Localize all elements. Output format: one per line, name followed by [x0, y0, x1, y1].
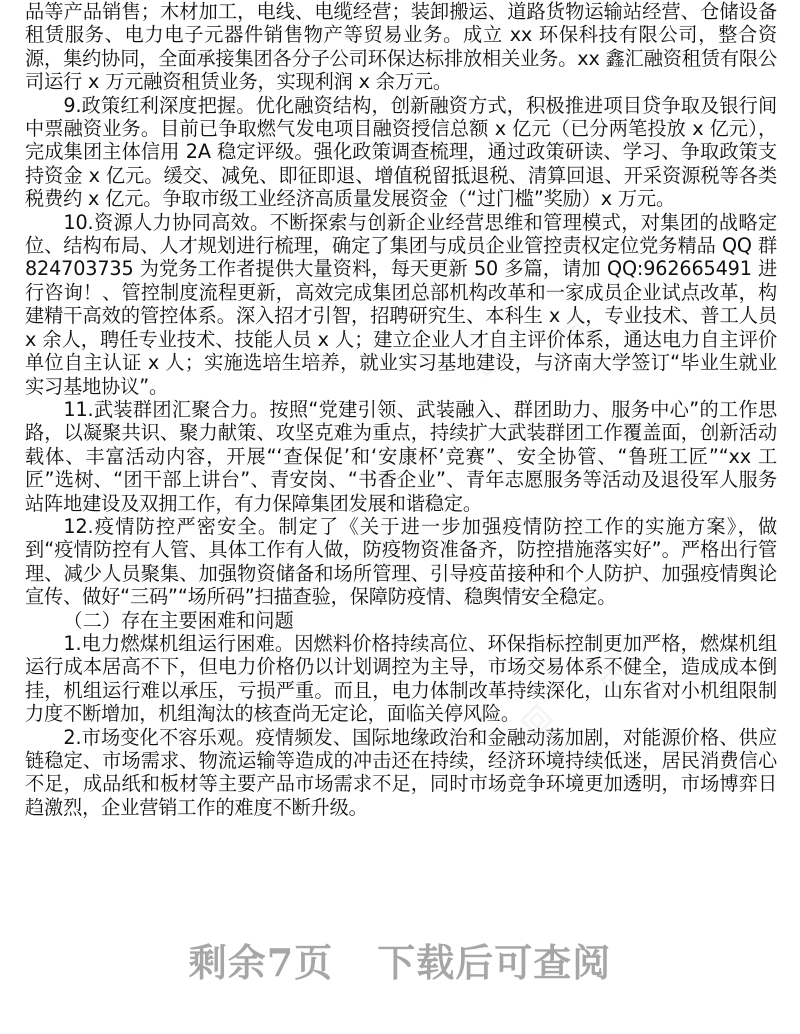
- section-heading: （二）存在主要困难和问题: [25, 609, 777, 632]
- paragraph-item-9: 9.政策红利深度把握。优化融资结构，创新融资方式，积极推进项目贷争取及银行间中票…: [25, 94, 777, 211]
- paragraph-item-10: 10.资源人力协同高效。不断探索与创新企业经营思维和管理模式，对集团的战略定位、…: [25, 211, 777, 398]
- paragraph-item-11: 11.武装群团汇聚合力。按照“党建引领、武装融入、群团助力、服务中心”的工作思路…: [25, 398, 777, 515]
- paragraph-intro-continued: 品等产品销售；木材加工，电线、电缆经营；装卸搬运、道路货物运输站经营、仓储设备租…: [25, 0, 777, 94]
- paragraph-problem-1: 1.电力燃煤机组运行困难。因燃料价格持续高位、环保指标控制更加严格，燃煤机组运行…: [25, 632, 777, 726]
- paragraph-item-12: 12.疫情防控严密安全。制定了《关于进一步加强疫情防控工作的实施方案》，做到“疫…: [25, 515, 777, 609]
- download-prompt-banner[interactable]: 剩余7页下载后可查阅: [0, 932, 800, 987]
- paragraph-problem-2: 2.市场变化不容乐观。疫情频发、国际地缘政治和金融动荡加剧，对能源价格、供应链稳…: [25, 726, 777, 820]
- document-page: 品等产品销售；木材加工，电线、电缆经营；装卸搬运、道路货物运输站经营、仓储设备租…: [25, 0, 777, 819]
- remaining-pages-label: 剩余7页: [189, 932, 333, 987]
- download-to-view-label[interactable]: 下载后可查阅: [377, 932, 611, 987]
